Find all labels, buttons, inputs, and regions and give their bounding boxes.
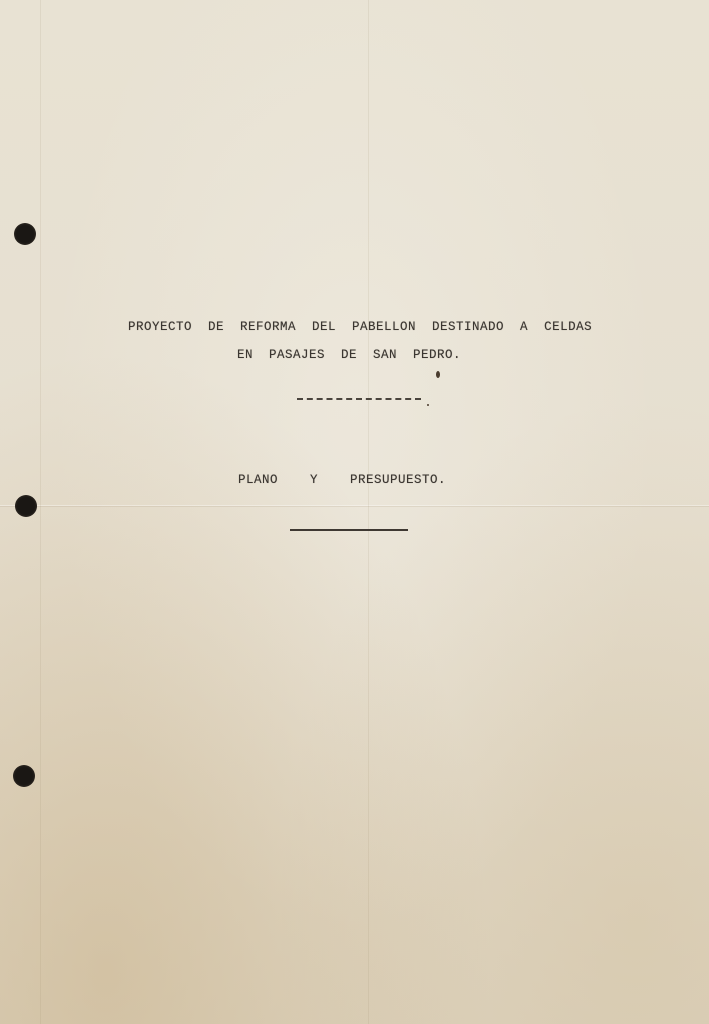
dashed-separator [297,398,421,400]
punch-hole-icon [14,223,36,245]
ink-speck [427,404,429,406]
ink-speck [436,371,440,378]
document-page: PROYECTO DE REFORMA DEL PABELLON DESTINA… [0,0,709,1024]
underline-separator [290,529,408,531]
subtitle: PLANO Y PRESUPUESTO. [238,473,446,487]
punch-hole-icon [13,765,35,787]
paper-fold-horizontal [0,505,709,506]
title-line-1: PROYECTO DE REFORMA DEL PABELLON DESTINA… [128,320,592,334]
paper-fold-vertical [40,0,41,1024]
punch-hole-icon [15,495,37,517]
title-line-2: EN PASAJES DE SAN PEDRO. [237,348,461,362]
paper-fold-vertical [368,0,369,1024]
